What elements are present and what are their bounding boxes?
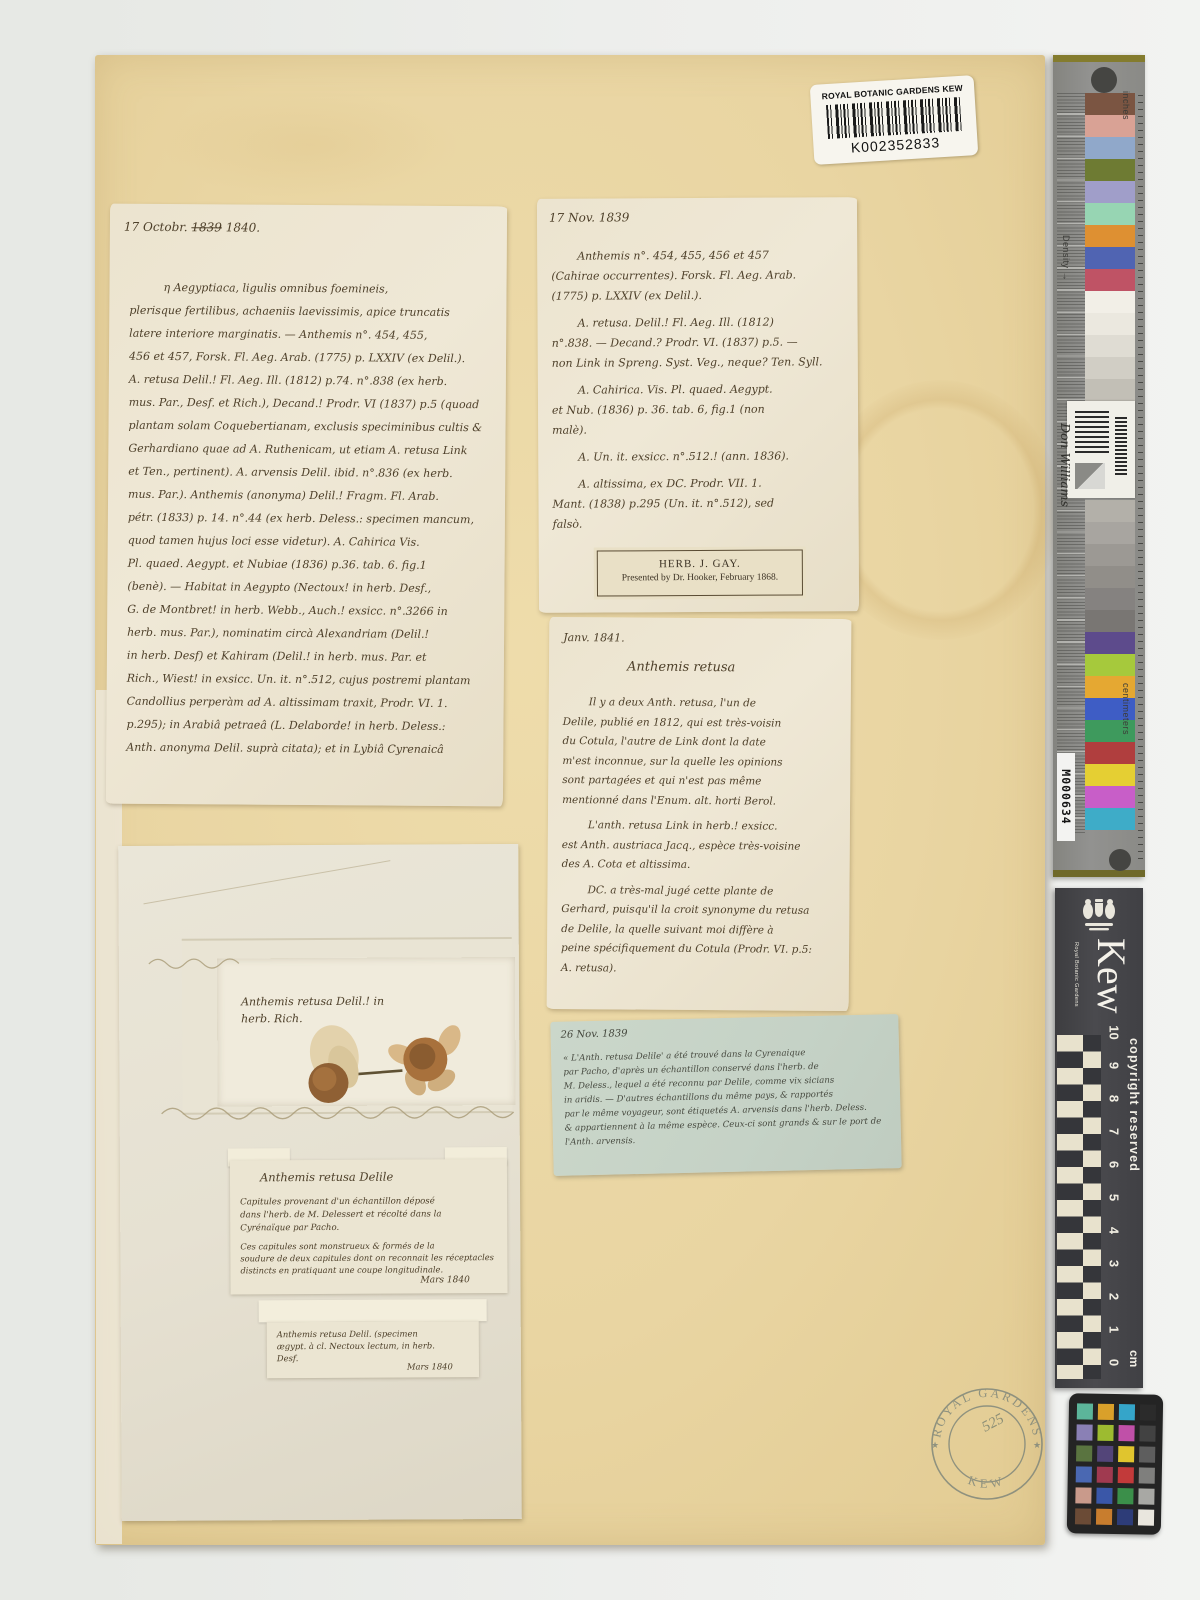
color-checker-patch xyxy=(1138,1488,1154,1504)
kew-crest xyxy=(1081,893,1117,935)
color-checker-patch xyxy=(1096,1466,1112,1482)
color-patch xyxy=(1085,181,1135,203)
strip-border xyxy=(1053,870,1145,877)
thread-top xyxy=(149,959,239,968)
stamp-star-left: ★ xyxy=(931,1440,939,1450)
color-checker-patch xyxy=(1097,1403,1113,1419)
cm-number: 6 xyxy=(1098,1154,1131,1176)
color-patch xyxy=(1085,225,1135,247)
label-date: Mars 1840 xyxy=(420,1275,469,1285)
ruler-brand: Kew xyxy=(1091,938,1131,1014)
color-checker-patch xyxy=(1118,1404,1134,1420)
barcode-label: ROYAL BOTANIC GARDENS KEW K002352833 xyxy=(810,75,979,165)
cm-number: 10 xyxy=(1098,1022,1131,1044)
gray-patch xyxy=(1085,610,1135,632)
herb-label-line1: HERB. J. GAY. xyxy=(598,557,802,570)
gray-patch xyxy=(1085,313,1135,335)
struck-year: 1839 xyxy=(191,220,222,234)
color-checker-patch xyxy=(1076,1403,1092,1419)
note-blue-november-1839: 26 Nov. 1839 « L'Anth. retusa Delile' a … xyxy=(550,1014,901,1176)
cm-number: 3 xyxy=(1098,1253,1131,1275)
copyright-text: copyright reserved xyxy=(1127,1038,1141,1172)
note-body: Anthemis n°. 454, 455, 456 et 457 (Cahir… xyxy=(551,245,847,542)
barcode xyxy=(826,97,962,139)
target-bars xyxy=(1115,415,1127,475)
gray-patch xyxy=(1085,522,1135,544)
cm-numbers: 109876543210 xyxy=(1103,1016,1125,1379)
color-checker-patch xyxy=(1118,1425,1134,1441)
resolution-target xyxy=(1067,401,1135,498)
note-date: Janv. 1841. xyxy=(563,631,625,644)
gray-patches-lower xyxy=(1085,500,1135,632)
color-checker-patch xyxy=(1075,1466,1091,1482)
color-patch xyxy=(1085,159,1135,181)
signature: Don Williams xyxy=(1058,423,1073,507)
pencil-line xyxy=(143,861,390,904)
note-body: Il y a deux Anth. retusa, l'un de Delile… xyxy=(561,693,839,986)
color-checker-patch xyxy=(1095,1508,1111,1524)
color-patch xyxy=(1085,742,1135,764)
svg-text:KEW: KEW xyxy=(966,1473,1007,1491)
royal-gardens-kew-stamp: ROYAL GARDENS KEW ★ ★ 525 xyxy=(925,1382,1049,1506)
label-paragraph: Capitules provenant d'un échantillon dép… xyxy=(240,1195,498,1235)
color-checker-card xyxy=(1067,1393,1163,1535)
cm-number: 7 xyxy=(1098,1121,1131,1143)
label-text: Anthemis retusa Delil. (specimen ægypt. … xyxy=(277,1327,471,1364)
note-october-1840: 17 Octobr. 1839 1840. η Aegyptiaca, ligu… xyxy=(106,204,507,807)
dried-flower-1 xyxy=(304,1020,403,1103)
cm-checker-column xyxy=(1057,1035,1083,1379)
color-patch xyxy=(1085,269,1135,291)
specimen-packet: Anthemis retusa Delil.! in herb. Rich. xyxy=(118,844,522,1521)
color-checker-patch xyxy=(1138,1467,1154,1483)
cm-number: 1 xyxy=(1098,1319,1131,1341)
registration-dot xyxy=(1109,849,1131,871)
herb-j-gay-label: HERB. J. GAY. Presented by Dr. Hooker, F… xyxy=(597,549,803,596)
color-patch xyxy=(1085,291,1135,313)
color-checker-patch xyxy=(1139,1425,1155,1441)
thread-bottom xyxy=(162,1106,514,1119)
label-title: Anthemis retusa Delile xyxy=(260,1170,393,1185)
color-patch xyxy=(1085,654,1135,676)
color-checker-patch xyxy=(1075,1487,1091,1503)
label-paragraph: Ces capitules sont monstrueux & formés d… xyxy=(240,1239,502,1276)
inches-label: inches xyxy=(1121,91,1131,120)
backing-paper-edge xyxy=(96,690,122,1544)
stamp-star-right: ★ xyxy=(1033,1440,1041,1450)
target-wedge xyxy=(1075,463,1105,489)
cm-number: 8 xyxy=(1098,1088,1131,1110)
cm-number: 9 xyxy=(1098,1055,1131,1077)
inch-tick-marks xyxy=(1138,95,1143,865)
gray-patch xyxy=(1085,588,1135,610)
color-checker-patch xyxy=(1097,1424,1113,1440)
color-patch xyxy=(1085,137,1135,159)
note-date: 17 Octobr. 1839 1840. xyxy=(124,220,260,235)
kew-scale-ruler: Royal Botanic Gardens Kew 109876543210 c… xyxy=(1055,888,1143,1388)
color-patch xyxy=(1085,247,1135,269)
gray-patch xyxy=(1085,379,1135,401)
color-checker-patch xyxy=(1118,1446,1134,1462)
gray-patch xyxy=(1085,500,1135,522)
herb-label-line2: Presented by Dr. Hooker, February 1868. xyxy=(598,572,802,583)
cm-unit-label: cm xyxy=(1127,1350,1141,1367)
label-date: Mars 1840 xyxy=(407,1361,453,1371)
cm-number: 5 xyxy=(1098,1187,1131,1209)
color-patch xyxy=(1085,786,1135,808)
density-label: Density → xyxy=(1061,235,1071,281)
tape-strip xyxy=(259,1299,487,1322)
note-title: Anthemis retusa xyxy=(627,659,735,675)
gray-patch xyxy=(1085,335,1135,357)
color-checker-patch xyxy=(1116,1509,1132,1525)
gray-patch xyxy=(1085,357,1135,379)
color-patch xyxy=(1085,808,1135,830)
note-date: 17 Nov. 1839 xyxy=(549,210,629,224)
color-checker-patch xyxy=(1139,1404,1155,1420)
stamp-number: 525 xyxy=(979,1411,1007,1436)
color-checker-patch xyxy=(1074,1508,1090,1524)
note-date: 26 Nov. 1839 xyxy=(560,1028,627,1041)
cm-number: 0 xyxy=(1098,1352,1131,1374)
gray-patch xyxy=(1085,566,1135,588)
stamp-arc-bottom: KEW xyxy=(966,1473,1007,1491)
packet-main-label: Anthemis retusa Delile Capitules provena… xyxy=(230,1159,508,1294)
ruler-brand-small: Royal Botanic Gardens xyxy=(1073,942,1079,1007)
gray-patch xyxy=(1085,544,1135,566)
color-patch xyxy=(1085,764,1135,786)
color-checker-patch xyxy=(1139,1446,1155,1462)
strip-border xyxy=(1053,55,1145,62)
packet-small-label: Anthemis retusa Delil. (specimen ægypt. … xyxy=(267,1321,479,1378)
herbarium-scan: ROYAL BOTANIC GARDENS KEW K002352833 17 … xyxy=(0,0,1200,1600)
color-checker-patch xyxy=(1076,1445,1092,1461)
gray-patches-upper xyxy=(1085,313,1135,401)
registration-dot xyxy=(1091,67,1117,93)
color-checker-patch xyxy=(1096,1487,1112,1503)
centimeters-label: centimeters xyxy=(1121,683,1131,735)
color-checker-patch xyxy=(1117,1467,1133,1483)
note-body: η Aegyptiaca, ligulis omnibus foemineis,… xyxy=(126,276,495,762)
note-body: « L'Anth. retusa Delile' a été trouvé da… xyxy=(563,1044,891,1149)
color-checker-patch xyxy=(1076,1424,1092,1440)
cm-number: 2 xyxy=(1098,1286,1131,1308)
color-checker-patch xyxy=(1097,1445,1113,1461)
note-november-1839: 17 Nov. 1839 Anthemis n°. 454, 455, 456 … xyxy=(537,197,859,613)
color-checker-patch xyxy=(1137,1509,1153,1525)
color-patches-top xyxy=(1085,93,1135,313)
target-bars xyxy=(1075,411,1109,455)
code-label: M000634 xyxy=(1057,753,1075,841)
color-patch xyxy=(1085,203,1135,225)
color-checker-patch xyxy=(1117,1488,1133,1504)
color-separation-guide: inches Density → Don Williams centimeter… xyxy=(1053,55,1145,877)
dried-flower-2 xyxy=(385,1022,466,1100)
color-checker-grid xyxy=(1074,1403,1155,1525)
note-january-1841: Janv. 1841. Anthemis retusa Il y a deux … xyxy=(547,617,852,1011)
cm-number: 4 xyxy=(1098,1220,1131,1242)
color-patch xyxy=(1085,632,1135,654)
